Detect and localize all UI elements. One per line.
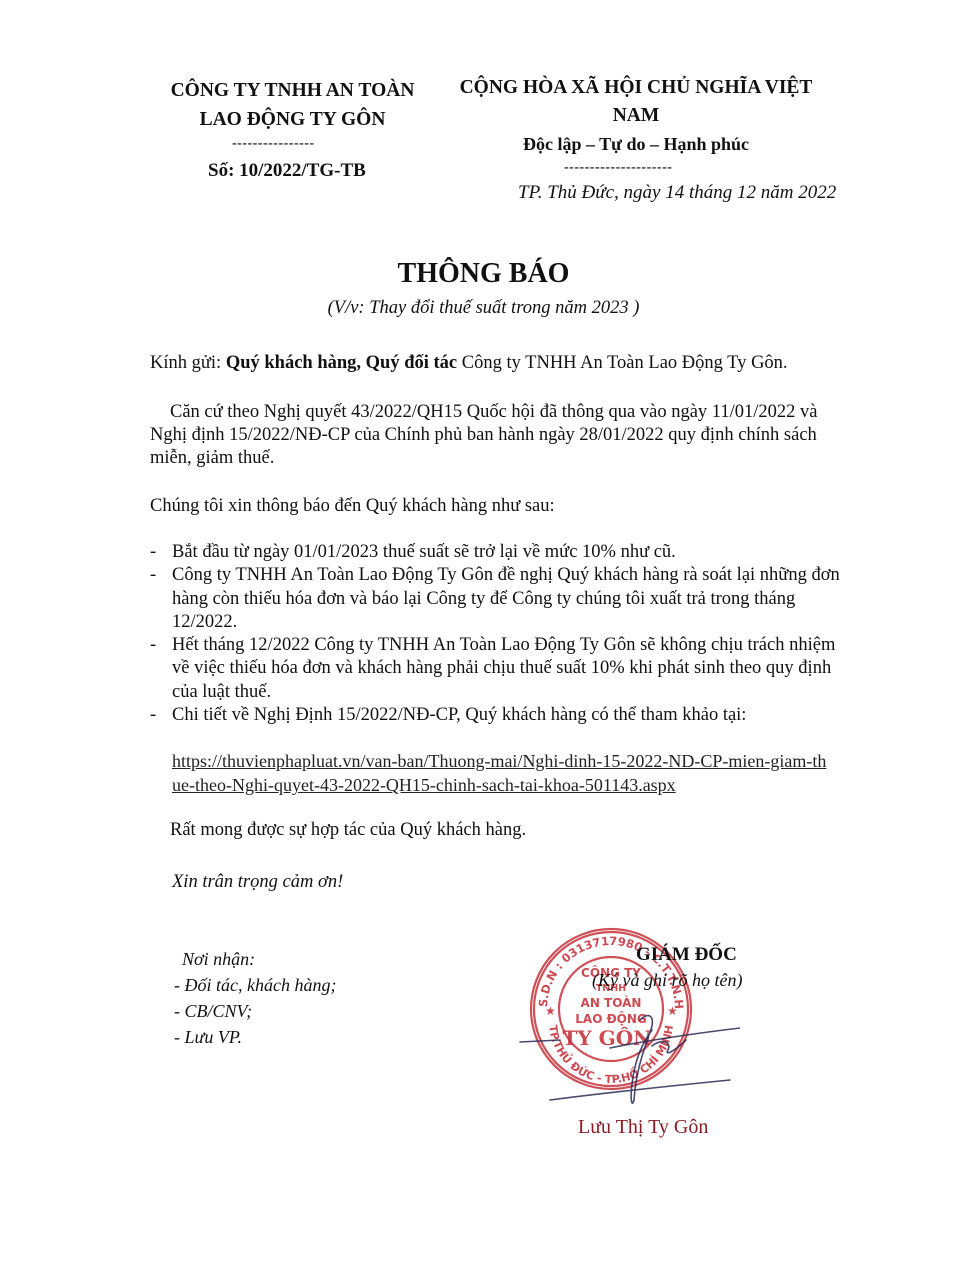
list-item: -Chi tiết về Nghị Định 15/2022/NĐ-CP, Qu… <box>148 704 848 727</box>
reference-link[interactable]: https://thuvienphapluat.vn/van-ban/Thuon… <box>172 749 832 797</box>
document-title: THÔNG BÁO <box>0 258 967 290</box>
list-item: -Bắt đầu từ ngày 01/01/2023 thuế suất sẽ… <box>148 541 848 564</box>
handwritten-signature-icon <box>500 1000 740 1110</box>
bullet-marker: - <box>150 541 156 564</box>
company-name-line1: CÔNG TY TNHH AN TOÀN <box>160 76 425 105</box>
closing-text: Rất mong được sự hợp tác của Quý khách h… <box>170 819 526 842</box>
company-header: CÔNG TY TNHH AN TOÀN LAO ĐỘNG TY GÔN <box>160 76 425 134</box>
recipients-block: Nơi nhận: - Đối tác, khách hàng; - CB/CN… <box>182 946 336 1050</box>
recipient-item: - CB/CNV; <box>174 998 336 1024</box>
list-item: -Hết tháng 12/2022 Công ty TNHH An Toàn … <box>148 634 848 704</box>
basis-text: Căn cứ theo Nghị quyết 43/2022/QH15 Quốc… <box>150 402 818 468</box>
salutation-prefix: Kính gửi: <box>150 353 226 373</box>
bullet-marker: - <box>150 634 156 657</box>
recipient-item: - Lưu VP. <box>174 1024 336 1050</box>
national-header: CỘNG HÒA XÃ HỘI CHỦ NGHĨA VIỆT NAM Độc l… <box>436 74 836 158</box>
notice-list: -Bắt đầu từ ngày 01/01/2023 thuế suất sẽ… <box>148 541 848 727</box>
salutation-suffix: Công ty TNHH An Toàn Lao Động Ty Gôn. <box>457 353 787 373</box>
recipients-label: Nơi nhận: <box>182 946 336 972</box>
signer-note: (Ký và ghi rõ họ tên) <box>592 970 742 991</box>
national-title: CỘNG HÒA XÃ HỘI CHỦ NGHĨA VIỆT NAM <box>436 74 836 130</box>
national-divider: --------------------- <box>564 160 672 176</box>
salutation-recipients: Quý khách hàng, Quý đối tác <box>226 353 457 373</box>
basis-paragraph: Căn cứ theo Nghị quyết 43/2022/QH15 Quốc… <box>150 401 840 470</box>
thanks-text: Xin trân trọng cảm ơn! <box>172 871 343 894</box>
list-item: -Công ty TNHH An Toàn Lao Động Ty Gôn đề… <box>148 564 848 634</box>
document-number: Số: 10/2022/TG-TB <box>208 160 366 182</box>
document-subtitle: (V/v: Thay đổi thuế suất trong năm 2023 … <box>0 298 967 319</box>
national-motto: Độc lập – Tự do – Hạnh phúc <box>436 130 836 158</box>
intro-paragraph: Chúng tôi xin thông báo đến Quý khách hà… <box>150 495 555 518</box>
company-divider: ---------------- <box>232 136 315 152</box>
date-line: TP. Thủ Đức, ngày 14 tháng 12 năm 2022 <box>518 182 836 204</box>
bullet-marker: - <box>150 704 156 727</box>
bullet-marker: - <box>150 564 156 587</box>
company-name-line2: LAO ĐỘNG TY GÔN <box>160 105 425 134</box>
signer-title: GIÁM ĐỐC <box>636 944 737 966</box>
recipient-item: - Đối tác, khách hàng; <box>174 972 336 998</box>
signer-name: Lưu Thị Ty Gôn <box>578 1116 708 1139</box>
salutation: Kính gửi: Quý khách hàng, Quý đối tác Cô… <box>150 352 788 375</box>
